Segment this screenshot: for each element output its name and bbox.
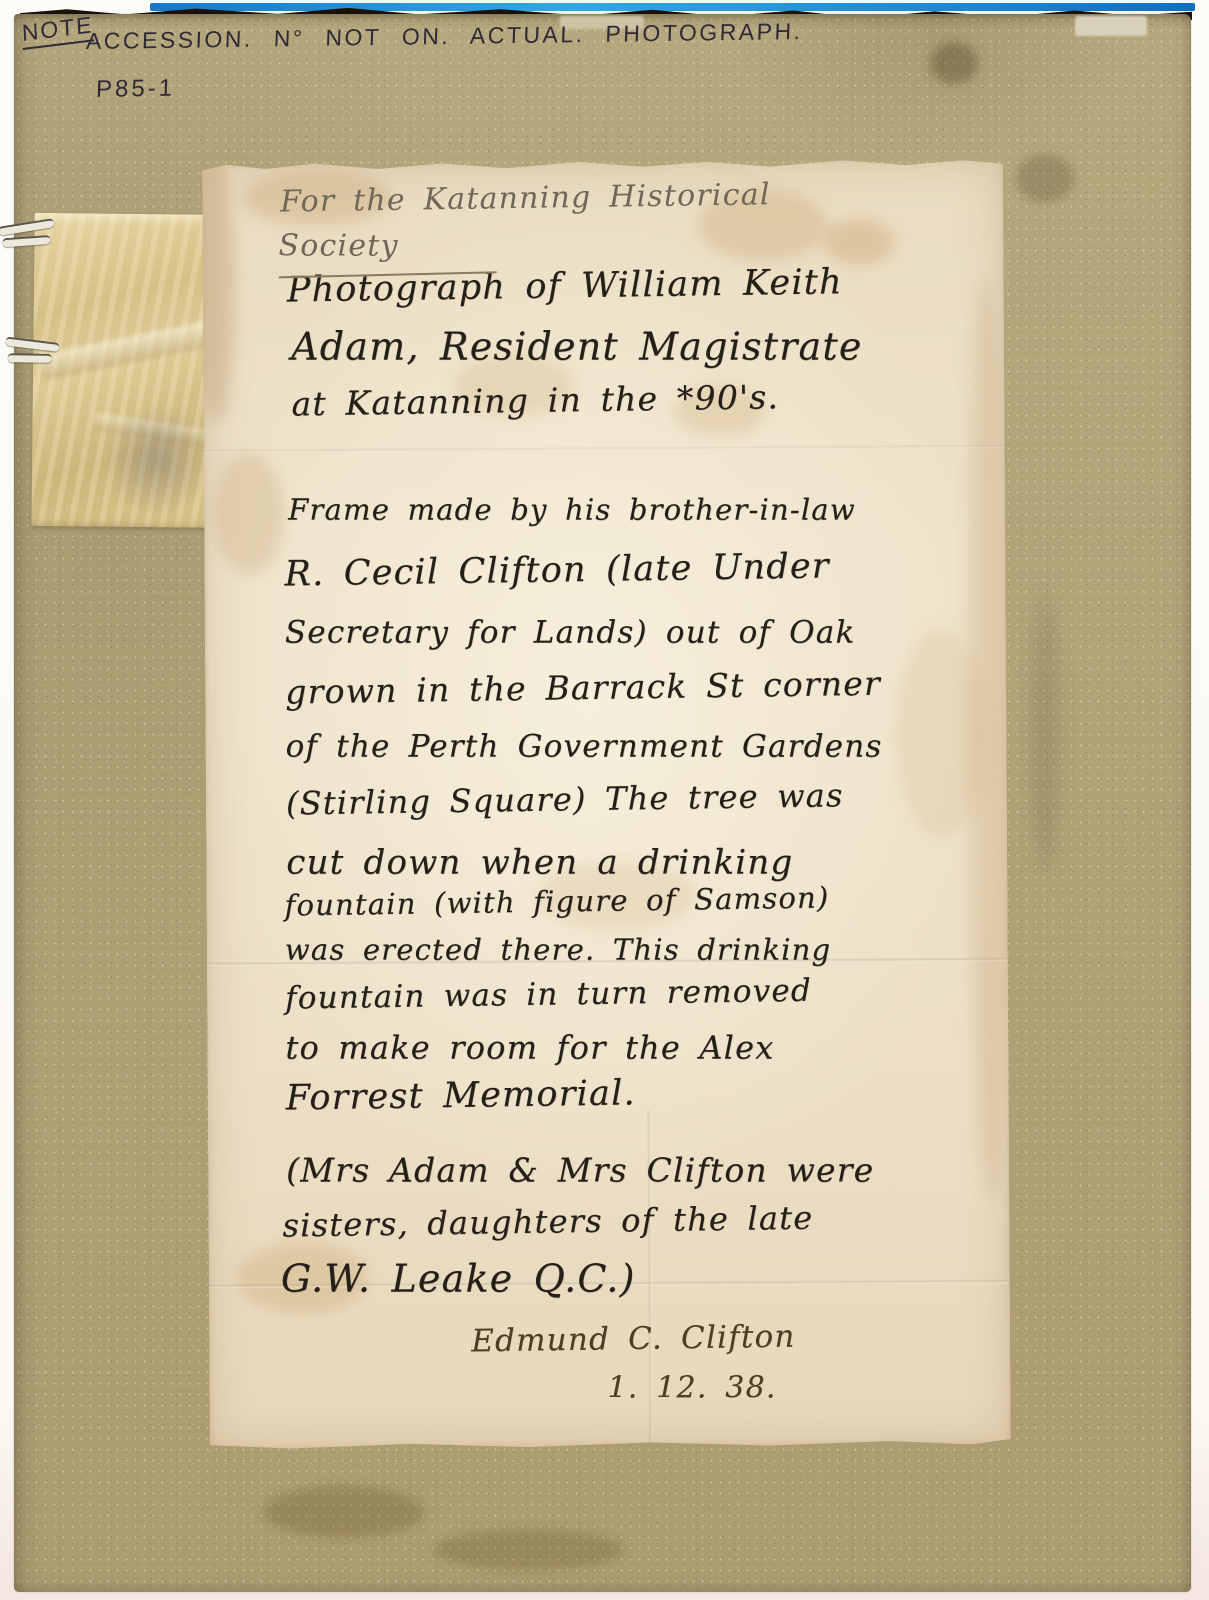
note-line: sisters, daughters of the late — [282, 1199, 813, 1245]
board-edge-chip — [1075, 16, 1147, 36]
paper-stain — [822, 219, 894, 265]
under-tape-smudge — [101, 404, 212, 517]
note-line: Secretary for Lands) out of Oak — [285, 615, 856, 651]
note-line: For the Katanning Historical — [280, 177, 771, 219]
paper-stain — [214, 453, 285, 575]
note-line: (Mrs Adam & Mrs Clifton were — [286, 1151, 874, 1190]
note-line: Adam, Resident Magistrate — [291, 324, 862, 368]
scanned-document: NOTE ACCESSION. N° NOT ON. ACTUAL. PHOTO… — [0, 0, 1209, 1600]
note-line: cut down when a drinking — [286, 842, 793, 882]
note-line: G.W. Leake Q.C.) — [281, 1257, 636, 1301]
board-stain — [1032, 594, 1058, 874]
note-line: at Katanning in the *90's. — [291, 377, 779, 423]
note-line: Forrest Memorial. — [285, 1073, 636, 1118]
note-label: NOTE — [21, 11, 94, 50]
board-stain — [434, 1530, 624, 1570]
string-fragment — [2, 334, 66, 377]
note-line: to make room for the Alex — [285, 1029, 774, 1067]
signature-line: Edmund C. Clifton — [471, 1319, 796, 1360]
note-line: Frame made by his brother-in-law — [288, 492, 856, 526]
paper-crease — [204, 445, 1005, 453]
note-line: Photograph of William Keith — [286, 262, 843, 310]
handwritten-note-paper: For the Katanning Historical Society Pho… — [202, 158, 1011, 1449]
note-line: R. Cecil Clifton (late Under — [284, 546, 830, 594]
board-stain — [930, 42, 978, 84]
note-line: grown in the Barrack St corner — [285, 664, 881, 712]
scanner-blue-edge — [150, 3, 1195, 11]
accession-annotation: ACCESSION. N° NOT ON. ACTUAL. PHOTOGRAPH… — [85, 18, 803, 55]
accession-number: P85-1 — [96, 75, 176, 104]
note-line: fountain was in turn removed — [285, 973, 812, 1017]
date-line: 1. 12. 38. — [607, 1371, 776, 1406]
note-line: Society — [279, 229, 399, 264]
note-line: of the Perth Government Gardens — [286, 729, 883, 765]
board-stain — [264, 1486, 424, 1538]
note-line: (Stirling Square) The tree was — [286, 776, 844, 822]
note-line: fountain (with figure of Samson) — [284, 880, 829, 922]
note-line: was erected there. This drinking — [285, 933, 831, 967]
board-stain — [1016, 154, 1074, 202]
